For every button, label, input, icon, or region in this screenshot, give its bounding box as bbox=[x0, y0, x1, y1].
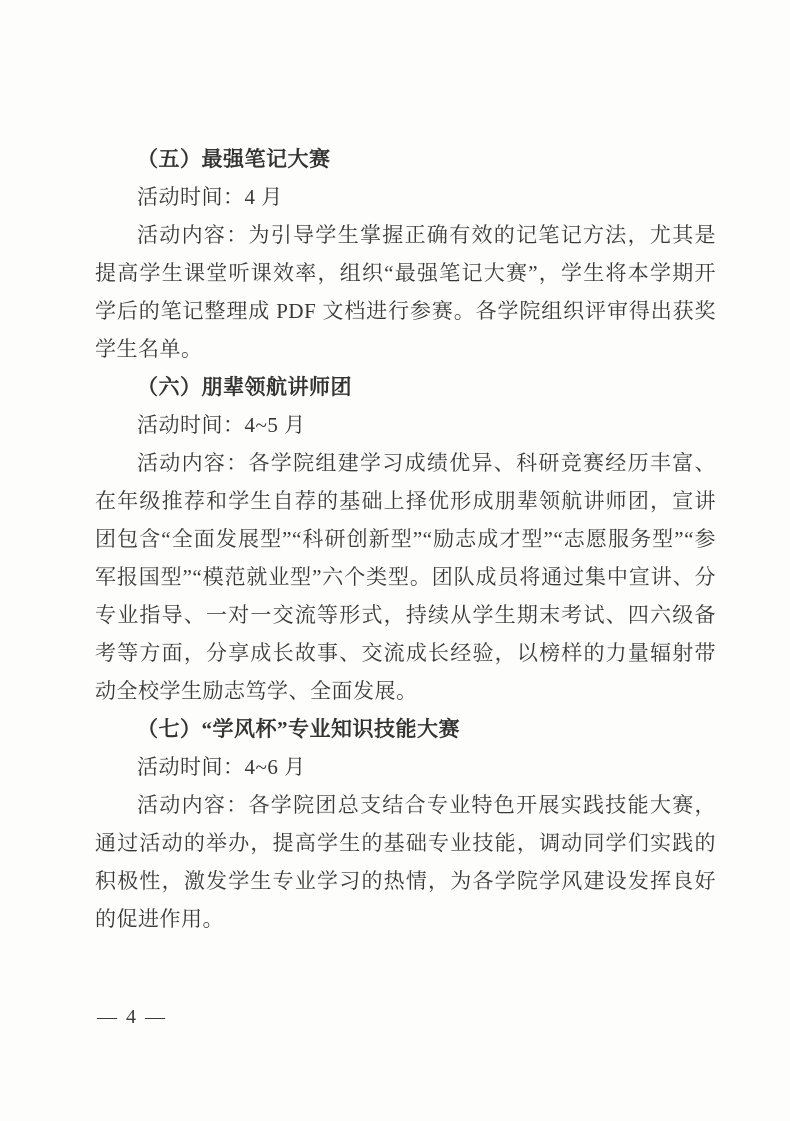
document-page: （五）最强笔记大赛 活动时间：4 月 活动内容：为引导学生掌握正确有效的记笔记方… bbox=[0, 0, 790, 1121]
section-6: （六）朋辈领航讲师团 活动时间：4~5 月 活动内容：各学院组建学习成绩优异、科… bbox=[95, 368, 716, 710]
section-6-heading: （六）朋辈领航讲师团 bbox=[95, 368, 716, 406]
section-6-activity-time: 活动时间：4~5 月 bbox=[95, 406, 716, 444]
section-7-heading: （七）“学风杯”专业知识技能大赛 bbox=[95, 710, 716, 748]
section-5: （五）最强笔记大赛 活动时间：4 月 活动内容：为引导学生掌握正确有效的记笔记方… bbox=[95, 140, 716, 368]
section-5-activity-content: 活动内容：为引导学生掌握正确有效的记笔记方法，尤其是提高学生课堂听课效率，组织“… bbox=[95, 216, 716, 368]
section-5-activity-time: 活动时间：4 月 bbox=[95, 178, 716, 216]
section-7-activity-time: 活动时间：4~6 月 bbox=[95, 748, 716, 786]
section-7-activity-content: 活动内容：各学院团总支结合专业特色开展实践技能大赛，通过活动的举办，提高学生的基… bbox=[95, 786, 716, 938]
section-5-heading: （五）最强笔记大赛 bbox=[95, 140, 716, 178]
page-number: — 4 — bbox=[97, 1002, 167, 1032]
section-7: （七）“学风杯”专业知识技能大赛 活动时间：4~6 月 活动内容：各学院团总支结… bbox=[95, 710, 716, 938]
section-6-activity-content: 活动内容：各学院组建学习成绩优异、科研竞赛经历丰富、在年级推荐和学生自荐的基础上… bbox=[95, 444, 716, 710]
